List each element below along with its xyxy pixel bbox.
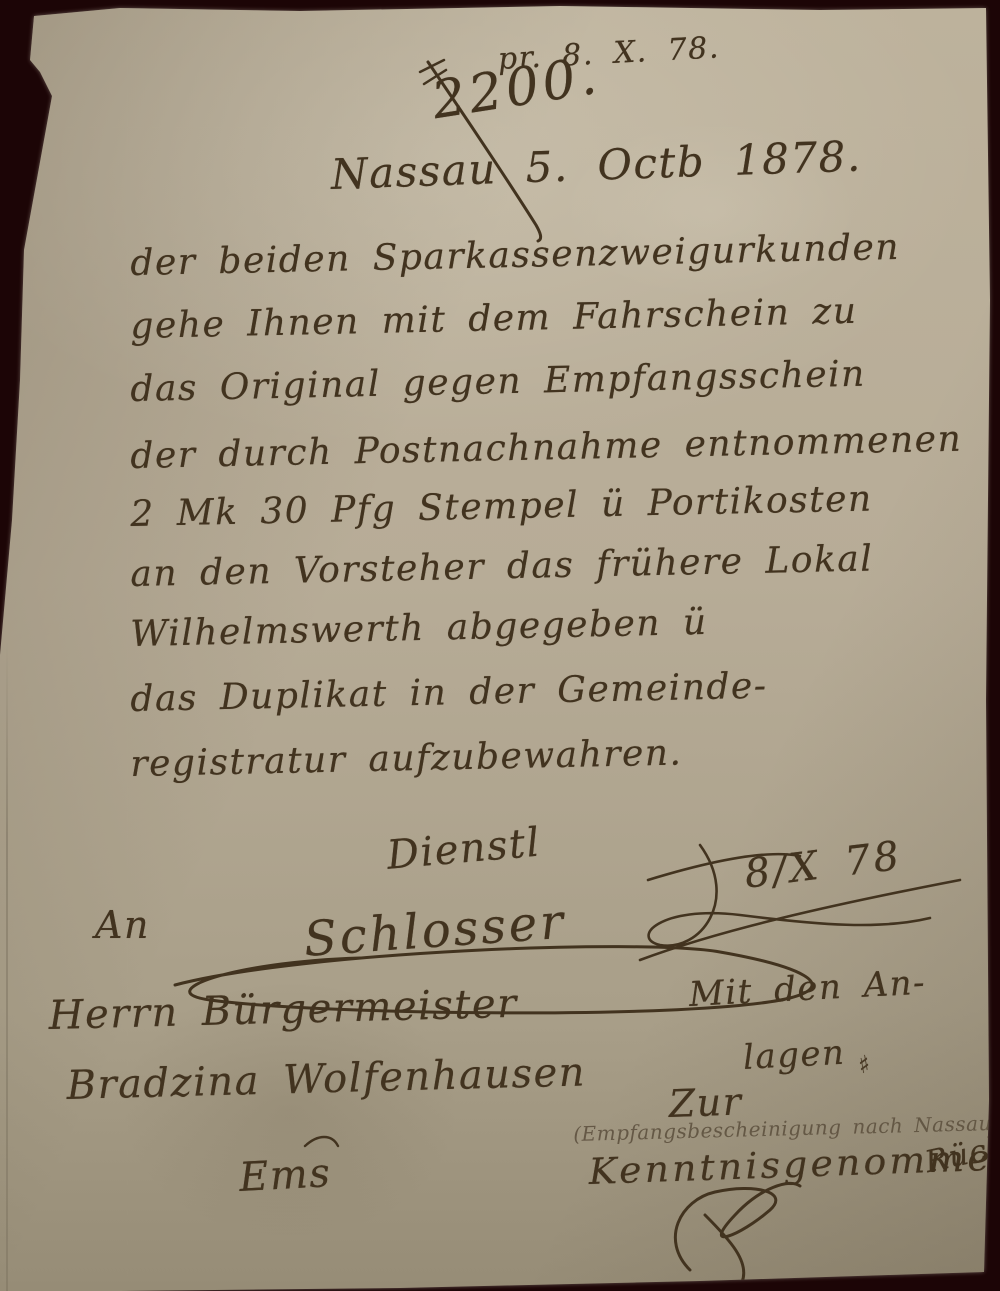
body-line: das Duplikat in der Gemeinde- — [130, 666, 768, 720]
enclosure-note-line1: Mit den An- — [688, 963, 927, 1015]
signature: Schlosser — [302, 894, 568, 968]
body-line: gehe Ihnen mit dem Fahrschein zu — [130, 291, 858, 347]
body-line: 2 Mk 30 Pfg Stempel ü Portikosten — [130, 478, 873, 535]
valediction: Dienstl — [385, 820, 543, 879]
paper-wrap: pr. 8. X. 78. 2200. Nassau 5. Octb 1878.… — [0, 0, 1000, 1291]
body-line: der beiden Sparkassenzweigurkunden — [130, 227, 900, 284]
filing-mark: 8/X 78 — [742, 833, 904, 898]
body-line: der durch Postnachnahme entnommenen — [130, 419, 963, 477]
address-name-place: Bradzina Wolfenhausen — [66, 1049, 587, 1109]
body-line: an den Vorsteher das frühere Lokal — [130, 538, 874, 595]
insertion-mark: ♯ — [856, 1050, 874, 1080]
dateline: Nassau 5. Octb 1878. — [330, 131, 862, 199]
address-recipient: Herrn Bürgermeister — [48, 981, 518, 1039]
paper-crease — [6, 640, 8, 1291]
address-town: Ems — [238, 1150, 332, 1201]
body-line: das Original gegen Empfangsschein — [130, 354, 866, 410]
body-line: registratur aufzubewahren. — [130, 732, 683, 785]
scan-backdrop: pr. 8. X. 78. 2200. Nassau 5. Octb 1878.… — [0, 0, 1000, 1291]
final-paraph — [675, 1183, 800, 1282]
letter-paper: pr. 8. X. 78. 2200. Nassau 5. Octb 1878.… — [0, 0, 1000, 1291]
address-curl — [305, 1137, 338, 1146]
address-an: An — [95, 903, 150, 947]
struck-number: 2200. — [428, 46, 604, 132]
body-line: Wilhelmswerth abgegeben ü — [130, 602, 708, 655]
enclosure-note-line2: lagen — [742, 1033, 846, 1078]
